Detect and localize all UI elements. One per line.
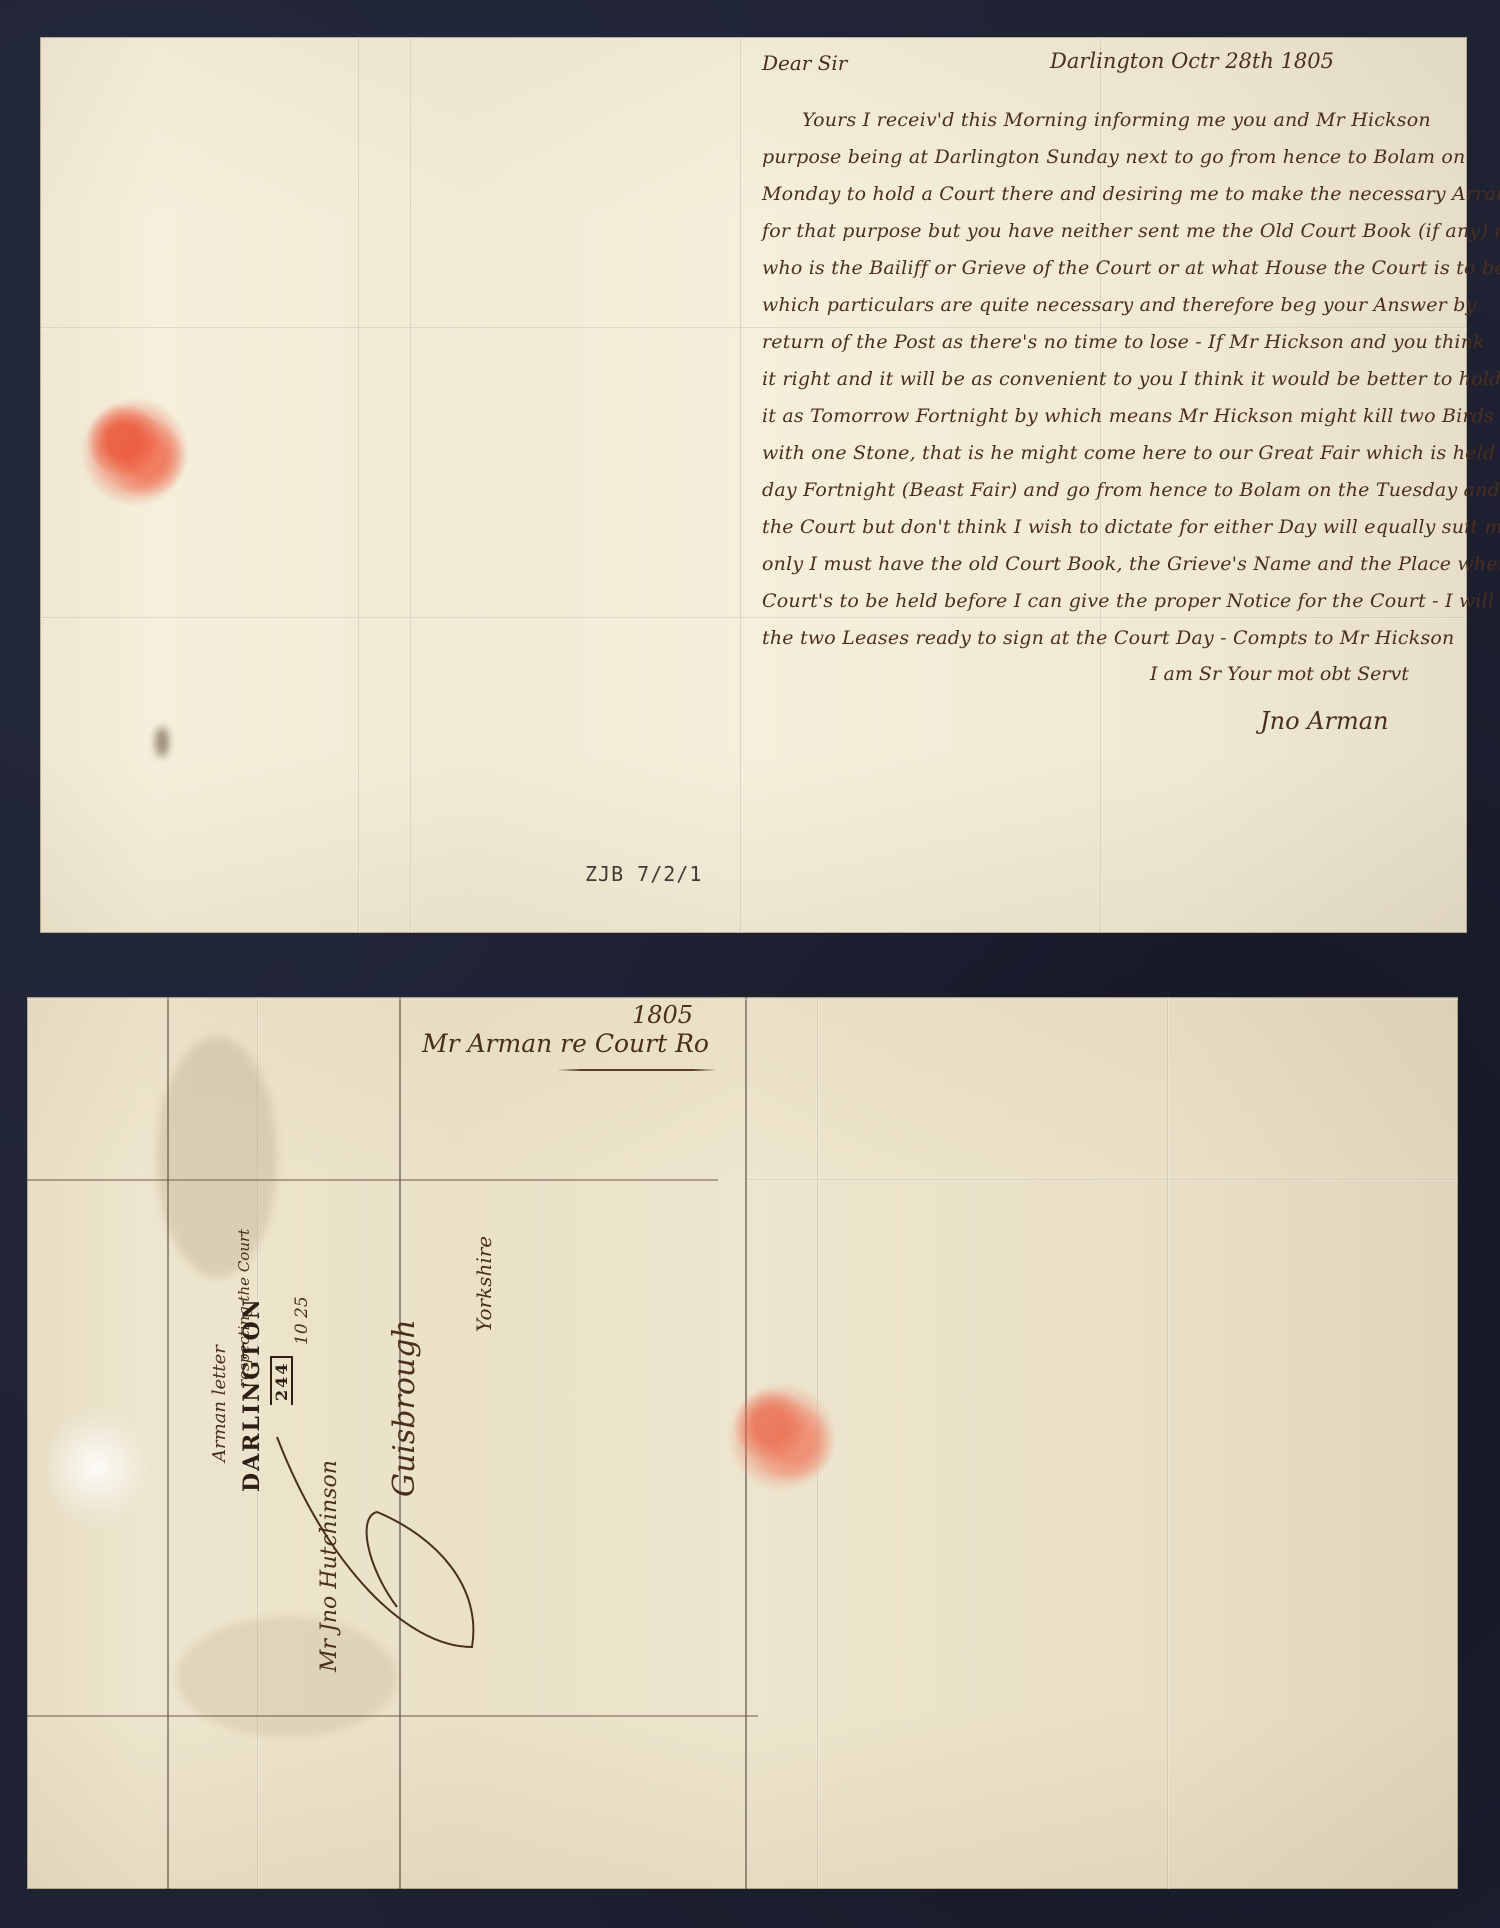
- letter-line: only I must have the old Court Book, the…: [762, 553, 1500, 575]
- postmark-mileage: 244: [270, 1356, 293, 1405]
- address-county: Yorkshire: [472, 1236, 496, 1332]
- letter-line: the two Leases ready to sign at the Cour…: [762, 627, 1455, 649]
- letter-line: it as Tomorrow Fortnight by which means …: [762, 405, 1494, 427]
- docket-year: 1805: [632, 1001, 693, 1029]
- docket: Mr Arman re Court Ro: [422, 1029, 709, 1058]
- fold-line: [40, 617, 1467, 619]
- wax-seal-residue: [80, 397, 190, 507]
- fold-line: [410, 37, 412, 933]
- letter-recto-page: Dear Sir Darlington Octr 28th 1805 Yours…: [40, 37, 1467, 933]
- fold-line: [40, 327, 1467, 329]
- flourish-line: [557, 1069, 717, 1071]
- letter-line: it right and it will be as convenient to…: [762, 368, 1500, 390]
- signature: Jno Arman: [1260, 707, 1388, 735]
- letter-line: return of the Post as there's no time to…: [762, 331, 1485, 353]
- letter-line: who is the Bailiff or Grieve of the Cour…: [762, 257, 1500, 279]
- letter-line: Monday to hold a Court there and desirin…: [762, 183, 1500, 205]
- dateline: Darlington Octr 28th 1805: [1050, 49, 1334, 73]
- flap-edge-line: [27, 1715, 758, 1717]
- letter-line: purpose being at Darlington Sunday next …: [762, 146, 1465, 168]
- fold-line: [1167, 997, 1169, 1889]
- address-flourish: [247, 1417, 487, 1697]
- letter-verso-page: 1805 Mr Arman re Court Ro Arman letter r…: [27, 997, 1458, 1889]
- letter-line: Court's to be held before I can give the…: [762, 590, 1500, 612]
- wax-seal-residue: [727, 1382, 837, 1492]
- letter-line: Yours I receiv'd this Morning informing …: [802, 109, 1431, 131]
- letter-line: which particulars are quite necessary an…: [762, 294, 1477, 316]
- fold-line: [747, 1179, 1458, 1181]
- flap-edge-line: [27, 1179, 718, 1181]
- archive-reference: ZJB 7/2/1: [585, 862, 702, 886]
- center-fold-line: [740, 37, 742, 933]
- wax-seal-white: [47, 1407, 147, 1527]
- letter-line: with one Stone, that is he might come he…: [762, 442, 1500, 464]
- letter-line: for that purpose but you have neither se…: [762, 220, 1500, 242]
- fold-line: [358, 37, 360, 933]
- ink-stain: [155, 727, 169, 757]
- salutation: Dear Sir: [762, 51, 847, 75]
- fold-line: [27, 998, 1458, 1000]
- letter-line: the Court but don't think I wish to dict…: [762, 516, 1500, 538]
- annotation-arman-letter: Arman letter: [209, 1345, 230, 1462]
- closing: I am Sr Your mot obt Servt: [1150, 663, 1409, 685]
- letter-line: day Fortnight (Beast Fair) and go from h…: [762, 479, 1500, 501]
- water-stain: [157, 1037, 277, 1277]
- postal-charge: 10 25: [292, 1296, 312, 1345]
